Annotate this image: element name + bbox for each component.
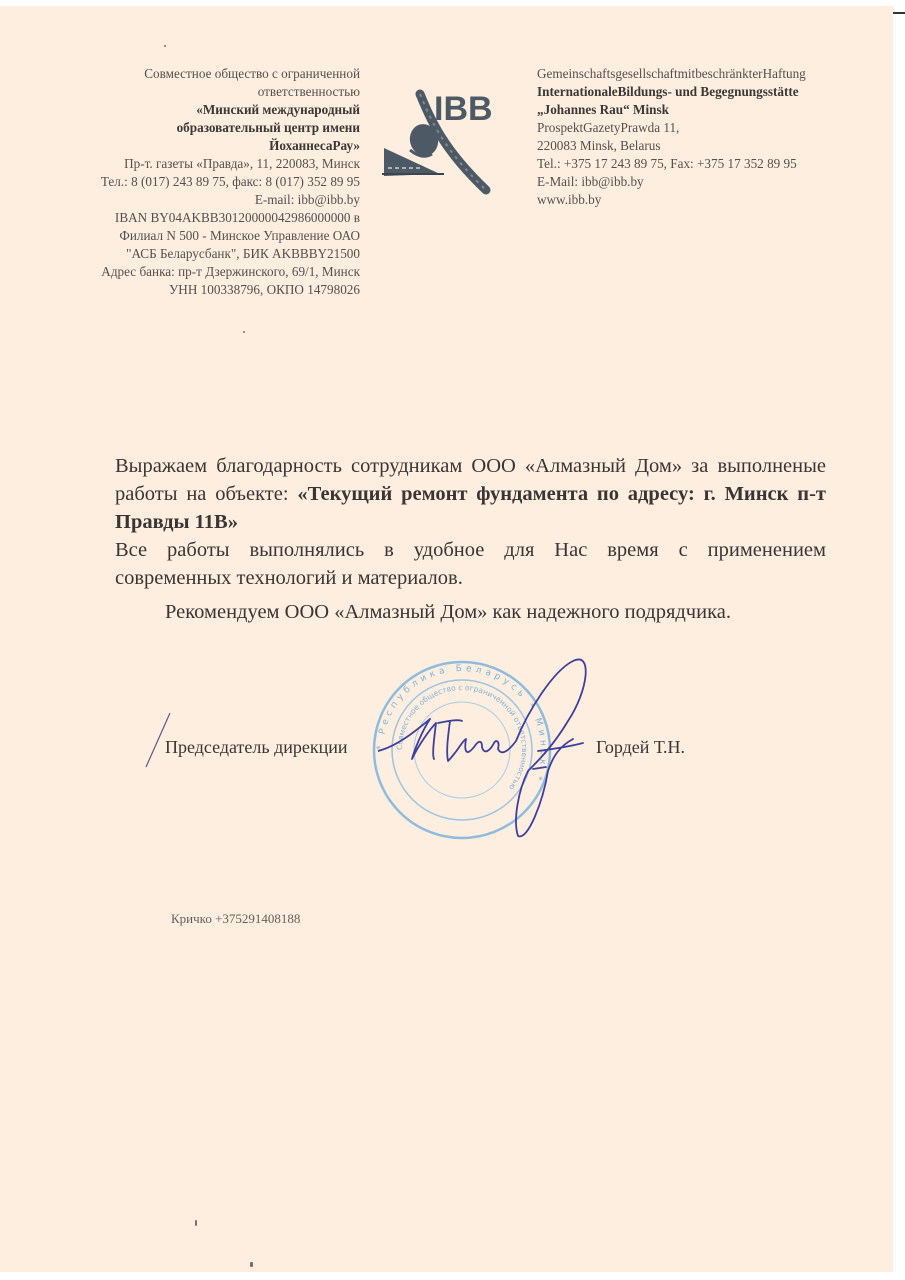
contact-person-phone: Кричко +375291408188 — [171, 911, 300, 927]
project-title-bold-end: Правды 11В» — [115, 508, 826, 536]
scan-speck — [250, 1262, 253, 1267]
letterhead-right-line: Gemeinschaftsgesellschaftmitbeschränkter… — [537, 65, 867, 83]
letterhead-left-line: Пр-т. газеты «Правда», 11, 220083, Минск — [60, 155, 360, 173]
letterhead-left-line: "АСБ Беларусбанк", БИК AKBBBY21500 — [60, 245, 360, 263]
letterhead-right-line: Tel.: +375 17 243 89 75, Fax: +375 17 35… — [537, 155, 867, 173]
body-text-plain: работы на объекте: — [115, 483, 297, 505]
letterhead-right-line: ProspektGazetyPrawda 11, — [537, 119, 867, 137]
signatory-name: Гордей Т.Н. — [596, 737, 685, 758]
scan-edge-mark — [893, 12, 905, 14]
letterhead-left-line: E-mail: ibb@ibb.by — [60, 191, 360, 209]
project-title-bold: «Текущий ремонт фундамента по адресу: г.… — [297, 483, 826, 505]
body-paragraph-1-line-1: Выражаем благодарность сотрудникам ООО «… — [115, 452, 826, 480]
letterhead-right-line: E-Mail: ibb@ibb.by — [537, 173, 867, 191]
letterhead-left-line: «Минский международный — [60, 101, 360, 119]
letter-body: Выражаем благодарность сотрудникам ООО «… — [115, 452, 826, 626]
letterhead-left-line: ответственностью — [60, 83, 360, 101]
ibb-logo: IBB — [382, 88, 522, 198]
letterhead-left: Совместное общество с ограниченной ответ… — [60, 65, 360, 299]
letterhead-left-line: УНН 100338796, ОКПО 14798026 — [60, 281, 360, 299]
letterhead-left-line: Филиал N 500 - Минское Управление ОАО — [60, 227, 360, 245]
scan-speck — [195, 1220, 197, 1226]
scan-speck — [243, 331, 245, 333]
body-paragraph-2-line-2: современных технологий и материалов. — [115, 564, 826, 592]
handwritten-signature-icon — [378, 651, 598, 841]
scan-speck — [164, 45, 166, 47]
body-paragraph-3: Рекомендуем ООО «Алмазный Дом» как надеж… — [115, 598, 826, 626]
letterhead-right-line: 220083 Minsk, Belarus — [537, 137, 867, 155]
letterhead-left-line: IBAN BY04AKBB30120000042986000000 в — [60, 209, 360, 227]
letterhead-right-line: InternationaleBildungs- und Begegnungsst… — [537, 83, 867, 101]
letterhead-left-line: образовательный центр имени — [60, 119, 360, 137]
letterhead-left-line: Совместное общество с ограниченной — [60, 65, 360, 83]
letterhead-right: Gemeinschaftsgesellschaftmitbeschränkter… — [537, 65, 867, 209]
letterhead-right-line: „Johannes Rau“ Minsk — [537, 101, 867, 119]
body-paragraph-2-line-1: Все работы выполнялись в удобное для Нас… — [115, 536, 826, 564]
letterhead-right-line: www.ibb.by — [537, 191, 867, 209]
letter-page: Совместное общество с ограниченной ответ… — [0, 6, 893, 1272]
logo-text: IBB — [434, 90, 493, 129]
letterhead-left-line: Тел.: 8 (017) 243 89 75, факс: 8 (017) 3… — [60, 173, 360, 191]
signatory-title: Председатель дирекции — [165, 737, 348, 758]
letterhead-left-line: Адрес банка: пр-т Дзержинского, 69/1, Ми… — [60, 263, 360, 281]
letterhead-left-line: ЙоханнесаРау» — [60, 137, 360, 155]
body-paragraph-1-line-2: работы на объекте: «Текущий ремонт фунда… — [115, 480, 826, 508]
